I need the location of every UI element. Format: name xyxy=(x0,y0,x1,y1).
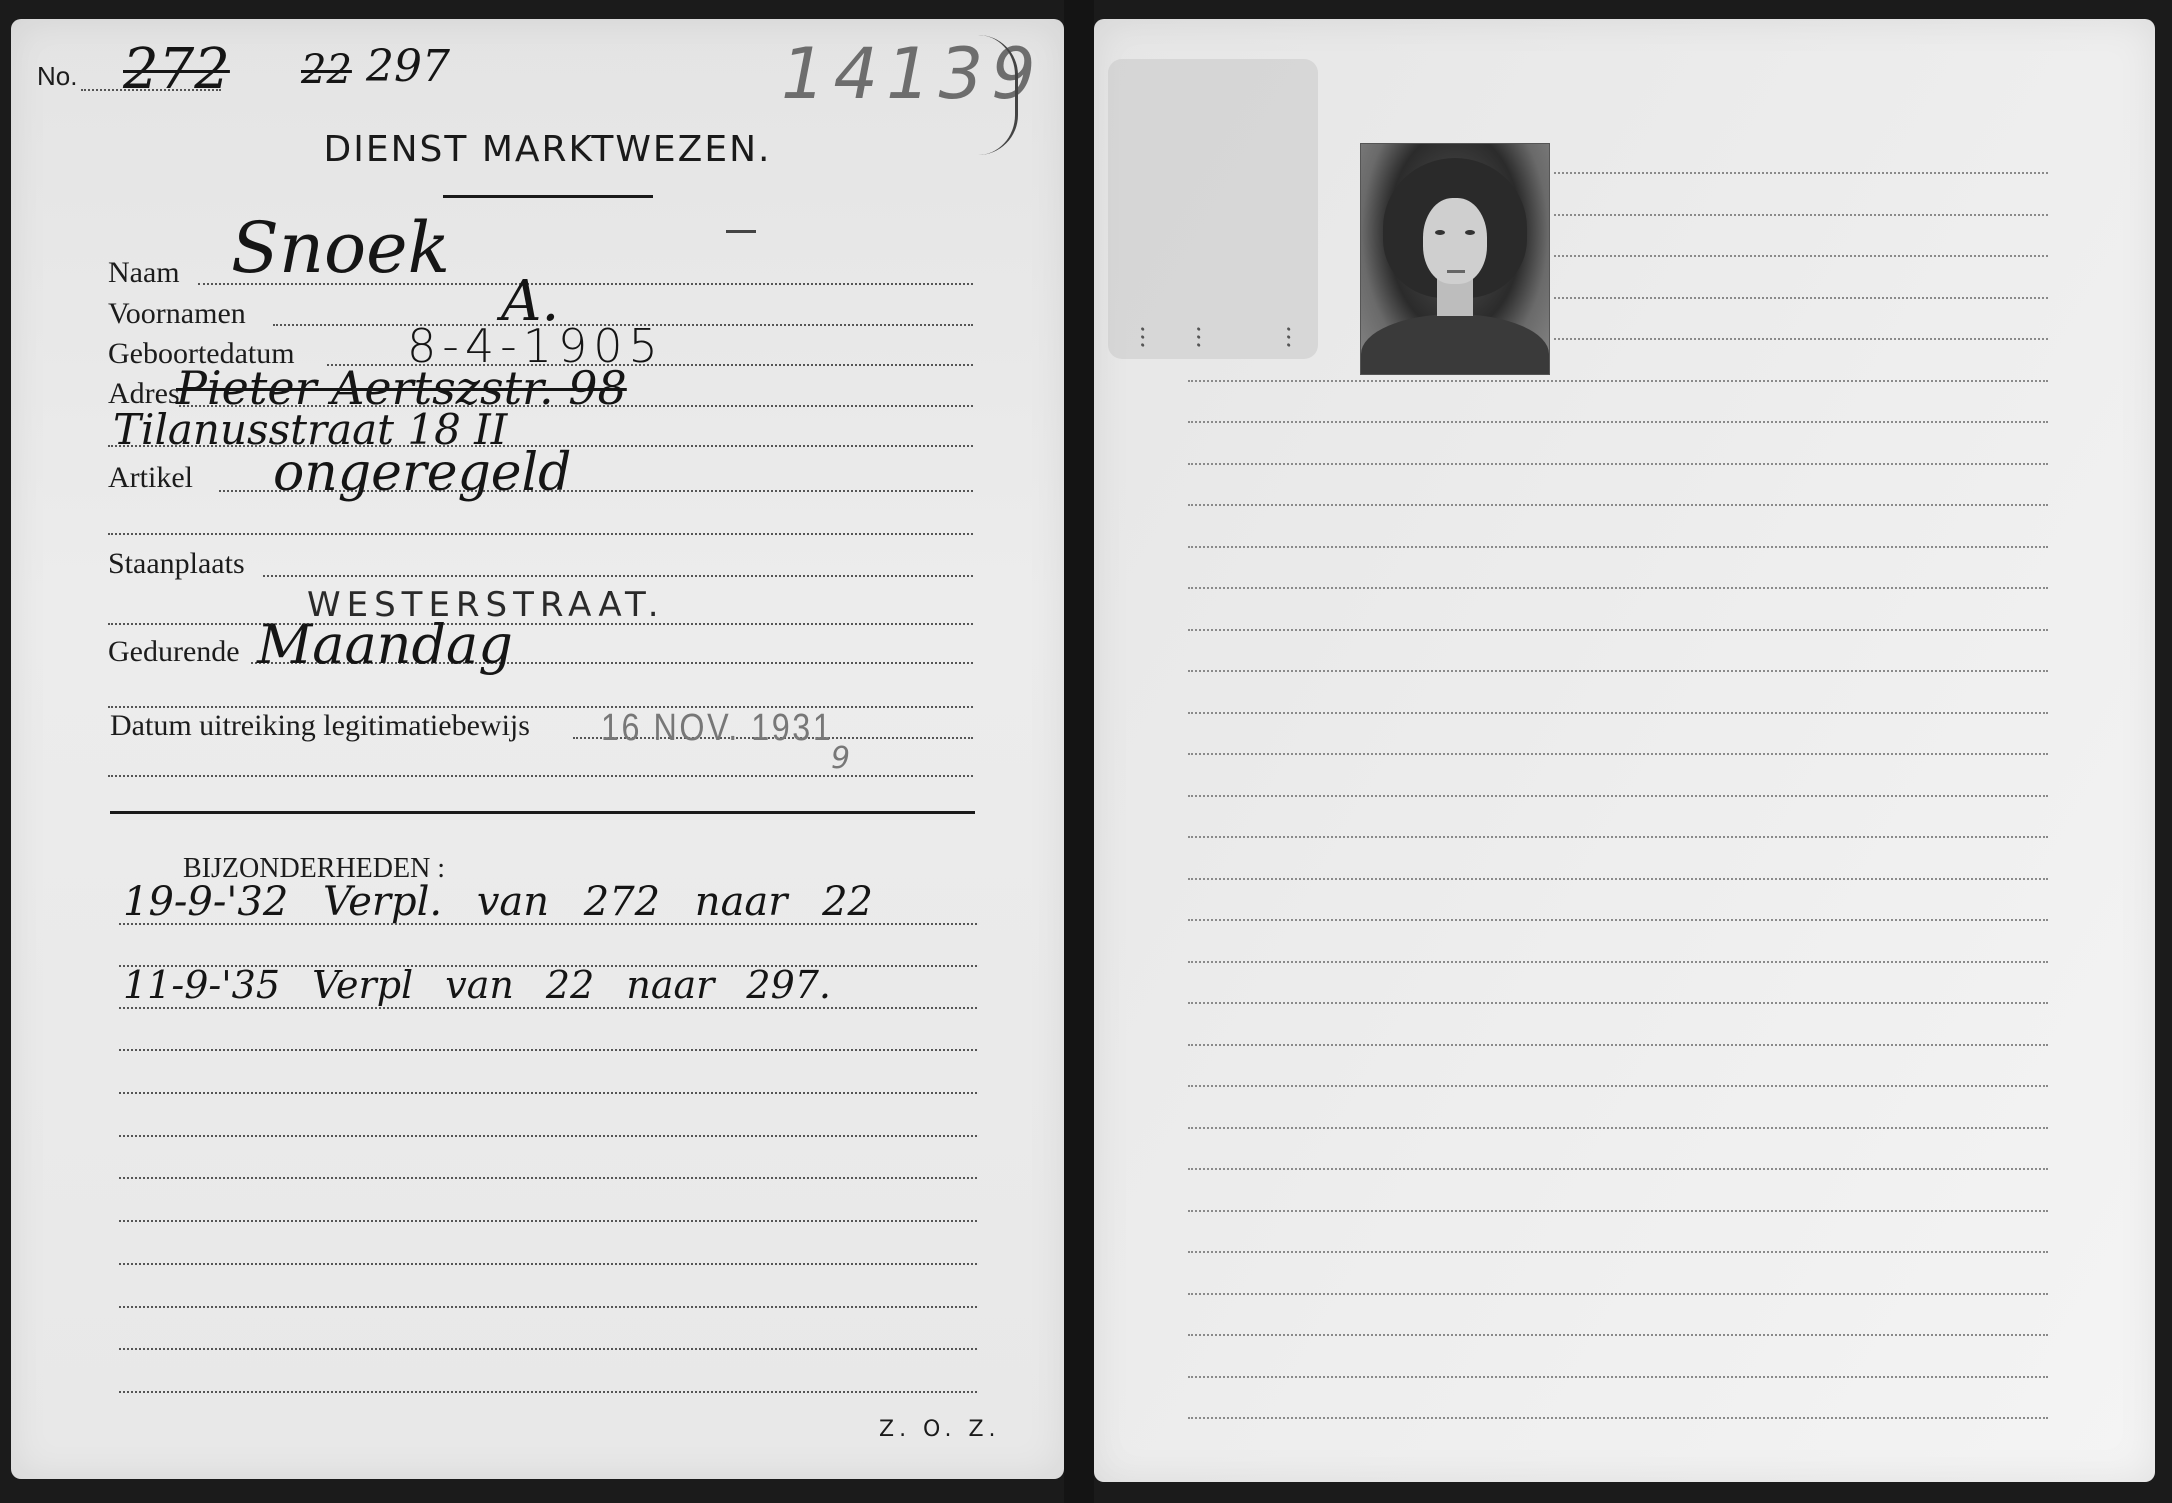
bijz-line-11 xyxy=(119,1348,977,1350)
ruled-line xyxy=(1188,1002,2048,1004)
portrait-photo xyxy=(1360,143,1550,375)
ruled-line xyxy=(1554,338,2048,340)
ruled-line xyxy=(1554,297,2048,299)
card-gutter xyxy=(1064,0,1094,1503)
ruled-line xyxy=(1188,421,2048,423)
remnant-handwriting-2: … xyxy=(1178,99,1206,349)
bijz-line-7 xyxy=(119,1177,977,1179)
photo-eye-left xyxy=(1435,230,1445,235)
photo-mouth xyxy=(1447,270,1465,273)
ruled-line xyxy=(1188,629,2048,631)
artikel-label: Artikel xyxy=(108,461,193,495)
bijz-line-10 xyxy=(119,1306,977,1308)
ruled-line xyxy=(1188,463,2048,465)
ruled-line xyxy=(1188,795,2048,797)
number-current: 297 xyxy=(366,41,450,92)
ruled-line xyxy=(1188,504,2048,506)
voornamen-label: Voornamen xyxy=(108,297,246,331)
ruled-line xyxy=(1554,172,2048,174)
ruled-line xyxy=(1188,1210,2048,1212)
ruled-line xyxy=(1188,1376,2048,1378)
ink-dash xyxy=(726,230,756,233)
artikel-value: ongeregeld xyxy=(273,443,571,503)
staanplaats-line-2 xyxy=(108,623,973,625)
staanplaats-label: Staanplaats xyxy=(108,547,245,581)
gedurende-line-2 xyxy=(108,706,973,708)
ruled-line xyxy=(1554,255,2048,257)
naam-value: Snoek xyxy=(231,207,450,289)
bijz-line-4 xyxy=(119,1049,977,1051)
bijz-line-6 xyxy=(119,1135,977,1137)
number-struck-2: 22 xyxy=(301,47,352,93)
naam-label: Naam xyxy=(108,256,180,290)
ruled-line xyxy=(1188,1127,2048,1129)
number-struck-1: 272 xyxy=(123,37,230,102)
card-title: DIENST MARKTWEZEN. xyxy=(11,129,1064,170)
ruled-line xyxy=(1188,670,2048,672)
ruled-line xyxy=(1554,214,2048,216)
ruled-line xyxy=(1188,1293,2048,1295)
number-label: No. xyxy=(37,61,77,92)
bijz-line-12 xyxy=(119,1391,977,1393)
photo-eye-right xyxy=(1465,230,1475,235)
ruled-line xyxy=(1188,380,2048,382)
ruled-line xyxy=(1188,546,2048,548)
ruled-line xyxy=(1188,753,2048,755)
photo-shoulders xyxy=(1361,314,1549,375)
pencil-note: 9 xyxy=(831,741,850,776)
ruled-line xyxy=(1188,1085,2048,1087)
ruled-line xyxy=(1188,836,2048,838)
torn-paper-remnant: … … … xyxy=(1108,59,1318,359)
staanplaats-line xyxy=(263,575,973,577)
card-back: … … … xyxy=(1094,19,2155,1482)
bijz-line-9 xyxy=(119,1263,977,1265)
bijz-entry-2: 11-9-'35 Verpl van 22 naar 297. xyxy=(123,963,831,1007)
datum-uitreiking-label: Datum uitreiking legitimatiebewijs xyxy=(110,709,530,743)
datum-uitreiking-stamp: 16 NOV. 1931 xyxy=(601,707,833,750)
ruled-line xyxy=(1188,961,2048,963)
ruled-line xyxy=(1188,1044,2048,1046)
ruled-line xyxy=(1188,919,2048,921)
ruled-line xyxy=(1188,587,2048,589)
ruled-line xyxy=(1188,1168,2048,1170)
bijz-entry-1: 19-9-'32 Verpl. van 272 naar 22 xyxy=(123,879,873,925)
section-divider xyxy=(110,811,975,814)
bijz-line-8 xyxy=(119,1220,977,1222)
bijz-line-3 xyxy=(119,1007,977,1009)
remnant-handwriting-3: … xyxy=(1268,99,1296,349)
remnant-handwriting-1: … xyxy=(1122,89,1150,349)
bijz-line-5 xyxy=(119,1092,977,1094)
gedurende-label: Gedurende xyxy=(108,635,240,669)
gedurende-value: Maandag xyxy=(257,613,513,676)
datum-line-2 xyxy=(108,775,973,777)
ruled-line xyxy=(1188,1251,2048,1253)
ruled-line xyxy=(1188,712,2048,714)
artikel-line-2 xyxy=(108,533,973,535)
card-front: No. 272 22 297 14139 DIENST MARKTWEZEN. … xyxy=(11,19,1064,1479)
ruled-line xyxy=(1188,1417,2048,1419)
zoz-footer: Z. O. Z. xyxy=(879,1417,1001,1442)
ruled-line xyxy=(1188,878,2048,880)
title-underline xyxy=(443,195,653,198)
ruled-line xyxy=(1188,1334,2048,1336)
